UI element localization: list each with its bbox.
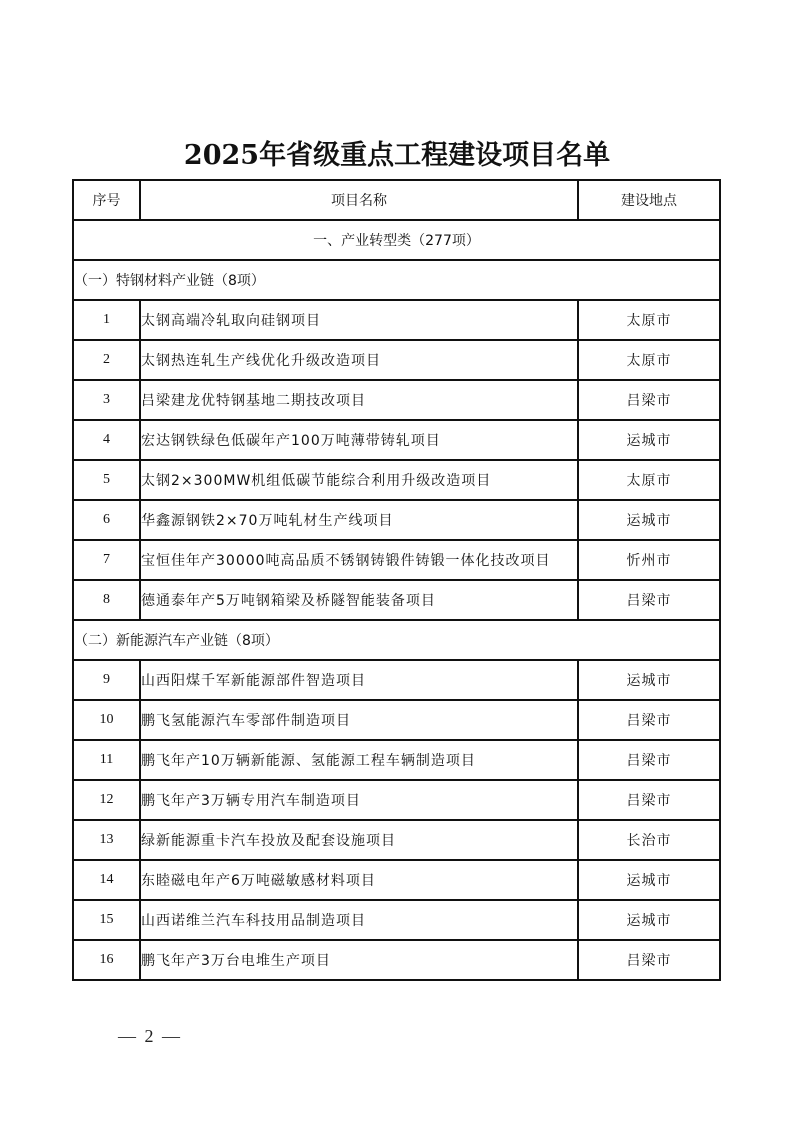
table-row: 5太钢2×300MW机组低碳节能综合利用升级改造项目太原市: [73, 460, 720, 500]
project-name-cell: 鹏飞年产3万辆专用汽车制造项目: [140, 780, 578, 820]
location-cell: 吕梁市: [578, 380, 720, 420]
group-header-row: （二）新能源汽车产业链（8项）: [73, 620, 720, 660]
header-project-name: 项目名称: [140, 180, 578, 220]
location-cell: 运城市: [578, 900, 720, 940]
serial-number-cell: 12: [73, 780, 140, 820]
project-name-cell: 宏达钢铁绿色低碳年产100万吨薄带铸轧项目: [140, 420, 578, 460]
location-cell: 吕梁市: [578, 700, 720, 740]
location-cell: 吕梁市: [578, 580, 720, 620]
project-name-cell: 鹏飞氢能源汽车零部件制造项目: [140, 700, 578, 740]
project-name-cell: 山西阳煤千军新能源部件智造项目: [140, 660, 578, 700]
project-name-cell: 华鑫源钢铁2×70万吨轧材生产线项目: [140, 500, 578, 540]
project-name-cell: 太钢2×300MW机组低碳节能综合利用升级改造项目: [140, 460, 578, 500]
table-row: 7宝恒佳年产30000吨高品质不锈钢铸锻件铸锻一体化技改项目忻州市: [73, 540, 720, 580]
serial-number-cell: 14: [73, 860, 140, 900]
serial-number-cell: 3: [73, 380, 140, 420]
serial-number-cell: 9: [73, 660, 140, 700]
location-cell: 吕梁市: [578, 740, 720, 780]
table-row: 11鹏飞年产10万辆新能源、氢能源工程车辆制造项目吕梁市: [73, 740, 720, 780]
location-cell: 运城市: [578, 660, 720, 700]
serial-number-cell: 8: [73, 580, 140, 620]
location-cell: 运城市: [578, 420, 720, 460]
serial-number-cell: 1: [73, 300, 140, 340]
serial-number-cell: 11: [73, 740, 140, 780]
table-row: 12鹏飞年产3万辆专用汽车制造项目吕梁市: [73, 780, 720, 820]
serial-number-cell: 2: [73, 340, 140, 380]
table-row: 3吕梁建龙优特钢基地二期技改项目吕梁市: [73, 380, 720, 420]
table-row: 1太钢高端冷轧取向硅钢项目太原市: [73, 300, 720, 340]
page-number: — 2 —: [118, 1026, 180, 1047]
project-name-cell: 鹏飞年产10万辆新能源、氢能源工程车辆制造项目: [140, 740, 578, 780]
serial-number-cell: 6: [73, 500, 140, 540]
project-name-cell: 山西诺维兰汽车科技用品制造项目: [140, 900, 578, 940]
table-row: 16鹏飞年产3万台电堆生产项目吕梁市: [73, 940, 720, 980]
project-name-cell: 东睦磁电年产6万吨磁敏感材料项目: [140, 860, 578, 900]
group-header-row: （一）特钢材料产业链（8项）: [73, 260, 720, 300]
serial-number-cell: 16: [73, 940, 140, 980]
location-cell: 太原市: [578, 340, 720, 380]
serial-number-cell: 7: [73, 540, 140, 580]
table-row: 13绿新能源重卡汽车投放及配套设施项目长治市: [73, 820, 720, 860]
section-row: 一、产业转型类（277项）: [73, 220, 720, 260]
document-title: 2025年省级重点工程建设项目名单: [0, 133, 794, 172]
table-row: 2太钢热连轧生产线优化升级改造项目太原市: [73, 340, 720, 380]
location-cell: 运城市: [578, 860, 720, 900]
table-row: 8德通泰年产5万吨钢箱梁及桥隧智能装备项目吕梁市: [73, 580, 720, 620]
location-cell: 忻州市: [578, 540, 720, 580]
table-row: 15山西诺维兰汽车科技用品制造项目运城市: [73, 900, 720, 940]
header-serial-number: 序号: [73, 180, 140, 220]
project-name-cell: 鹏飞年产3万台电堆生产项目: [140, 940, 578, 980]
location-cell: 太原市: [578, 460, 720, 500]
header-location: 建设地点: [578, 180, 720, 220]
table-row: 14东睦磁电年产6万吨磁敏感材料项目运城市: [73, 860, 720, 900]
serial-number-cell: 10: [73, 700, 140, 740]
table-header-row: 序号 项目名称 建设地点: [73, 180, 720, 220]
project-list-table: 序号 项目名称 建设地点 一、产业转型类（277项） （一）特钢材料产业链（8项…: [72, 179, 721, 981]
serial-number-cell: 13: [73, 820, 140, 860]
table-row: 6华鑫源钢铁2×70万吨轧材生产线项目运城市: [73, 500, 720, 540]
project-name-cell: 太钢热连轧生产线优化升级改造项目: [140, 340, 578, 380]
project-name-cell: 德通泰年产5万吨钢箱梁及桥隧智能装备项目: [140, 580, 578, 620]
project-name-cell: 绿新能源重卡汽车投放及配套设施项目: [140, 820, 578, 860]
location-cell: 运城市: [578, 500, 720, 540]
section-title: 一、产业转型类（277项）: [73, 220, 720, 260]
location-cell: 吕梁市: [578, 780, 720, 820]
serial-number-cell: 15: [73, 900, 140, 940]
serial-number-cell: 4: [73, 420, 140, 460]
location-cell: 太原市: [578, 300, 720, 340]
serial-number-cell: 5: [73, 460, 140, 500]
location-cell: 长治市: [578, 820, 720, 860]
location-cell: 吕梁市: [578, 940, 720, 980]
project-name-cell: 太钢高端冷轧取向硅钢项目: [140, 300, 578, 340]
project-name-cell: 吕梁建龙优特钢基地二期技改项目: [140, 380, 578, 420]
table-row: 4宏达钢铁绿色低碳年产100万吨薄带铸轧项目运城市: [73, 420, 720, 460]
project-name-cell: 宝恒佳年产30000吨高品质不锈钢铸锻件铸锻一体化技改项目: [140, 540, 578, 580]
group-title: （二）新能源汽车产业链（8项）: [73, 620, 720, 660]
table-row: 9山西阳煤千军新能源部件智造项目运城市: [73, 660, 720, 700]
table-row: 10鹏飞氢能源汽车零部件制造项目吕梁市: [73, 700, 720, 740]
group-title: （一）特钢材料产业链（8项）: [73, 260, 720, 300]
